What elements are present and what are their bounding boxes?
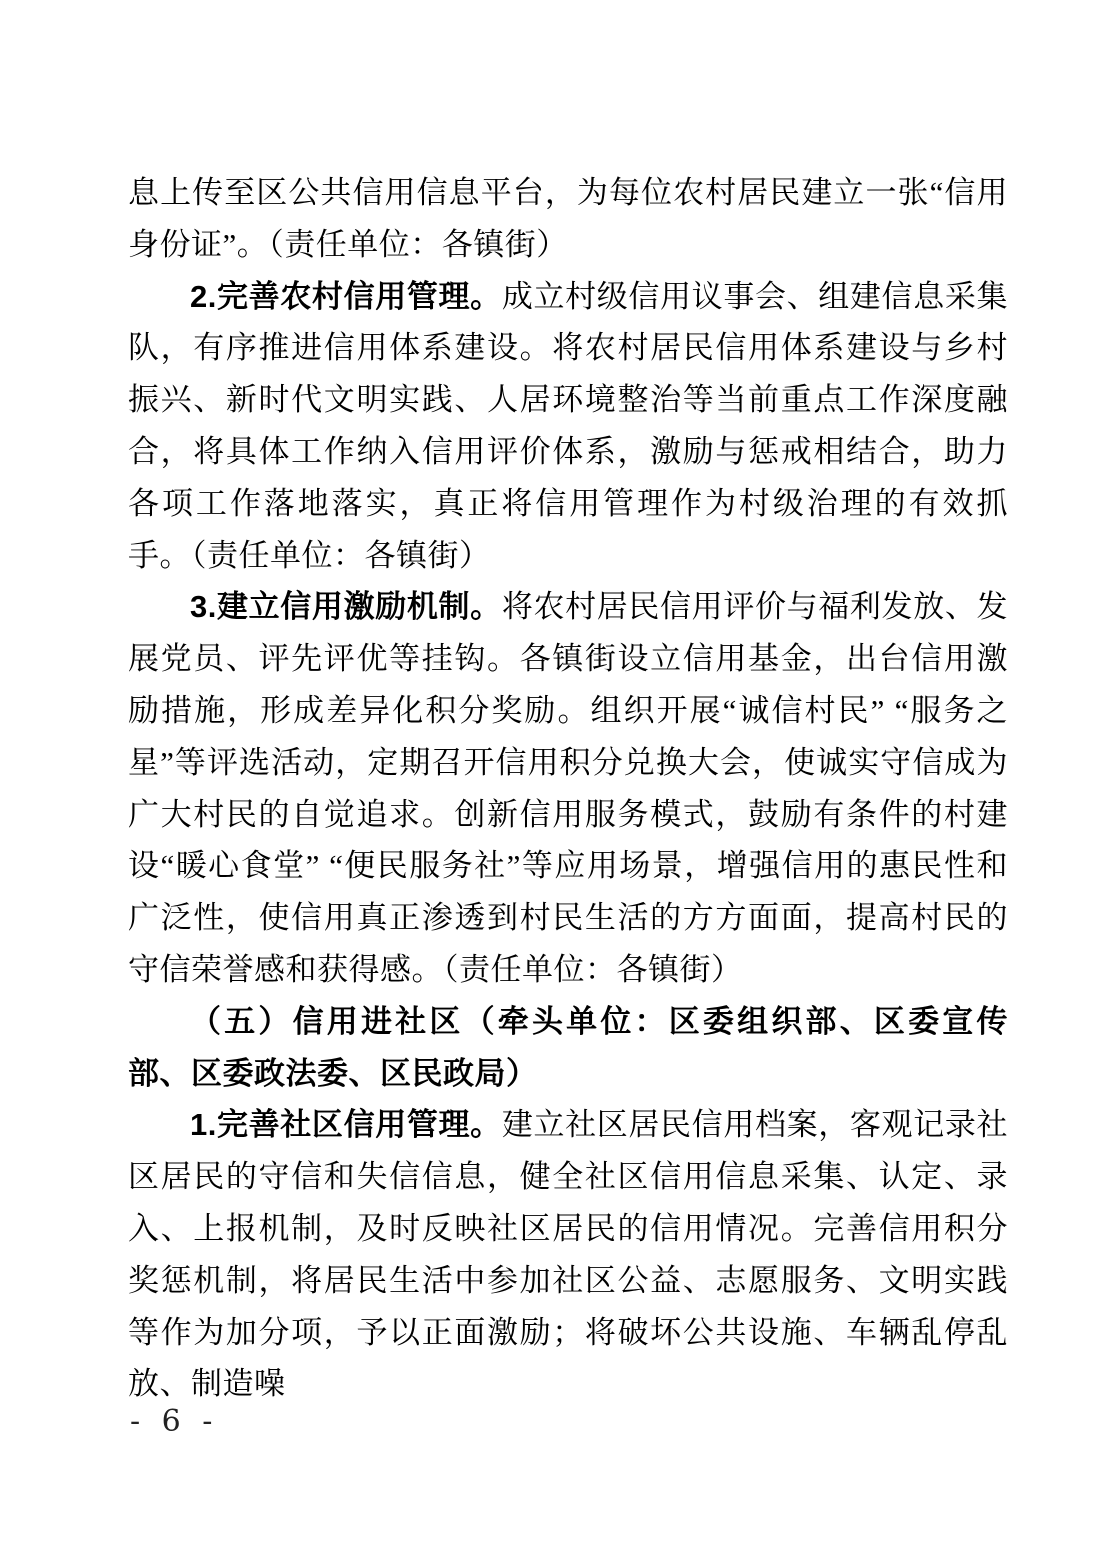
paragraph-section-5-credit-into-community: （五）信用进社区（牵头单位：区委组织部、区委宣传部、区委政法委、区民政局） [128,996,1008,1100]
paragraph-1-community-credit-management: 1.完善社区信用管理。建立社区居民信用档案，客观记录社区居民的守信和失信信息，健… [128,1099,1008,1410]
paragraph-text: 成立村级信用议事会、组建信息采集队，有序推进信用体系建设。将农村居民信用体系建设… [128,279,1008,573]
paragraph-lead-bold: 2.完善农村信用管理。 [190,279,502,314]
paragraph-lead-bold: 3.建立信用激励机制。 [190,589,502,624]
paragraph-lead-bold: 1.完善社区信用管理。 [190,1107,502,1142]
paragraph-continuation-credit-id: 息上传至区公共信用信息平台，为每位农村居民建立一张“信用身份证”。（责任单位：各… [128,167,1008,271]
section-heading: （五）信用进社区（牵头单位：区委组织部、区委宣传部、区委政法委、区民政局） [128,1004,1008,1091]
paragraph-2-rural-credit-management: 2.完善农村信用管理。成立村级信用议事会、组建信息采集队，有序推进信用体系建设。… [128,271,1008,582]
document-text-block: 息上传至区公共信用信息平台，为每位农村居民建立一张“信用身份证”。（责任单位：各… [128,167,1008,1410]
paragraph-text: 将农村居民信用评价与福利发放、发展党员、评先评优等挂钩。各镇街设立信用基金，出台… [128,589,1008,987]
paragraph-3-credit-incentive-mechanism: 3.建立信用激励机制。将农村居民信用评价与福利发放、发展党员、评先评优等挂钩。各… [128,581,1008,995]
paragraph-text: 息上传至区公共信用信息平台，为每位农村居民建立一张“信用身份证”。（责任单位：各… [128,175,1008,262]
paragraph-text: 建立社区居民信用档案，客观记录社区居民的守信和失信信息，健全社区信用信息采集、认… [128,1107,1008,1401]
page-number: - 6 - [130,1404,218,1439]
document-page: 息上传至区公共信用信息平台，为每位农村居民建立一张“信用身份证”。（责任单位：各… [0,0,1102,1559]
